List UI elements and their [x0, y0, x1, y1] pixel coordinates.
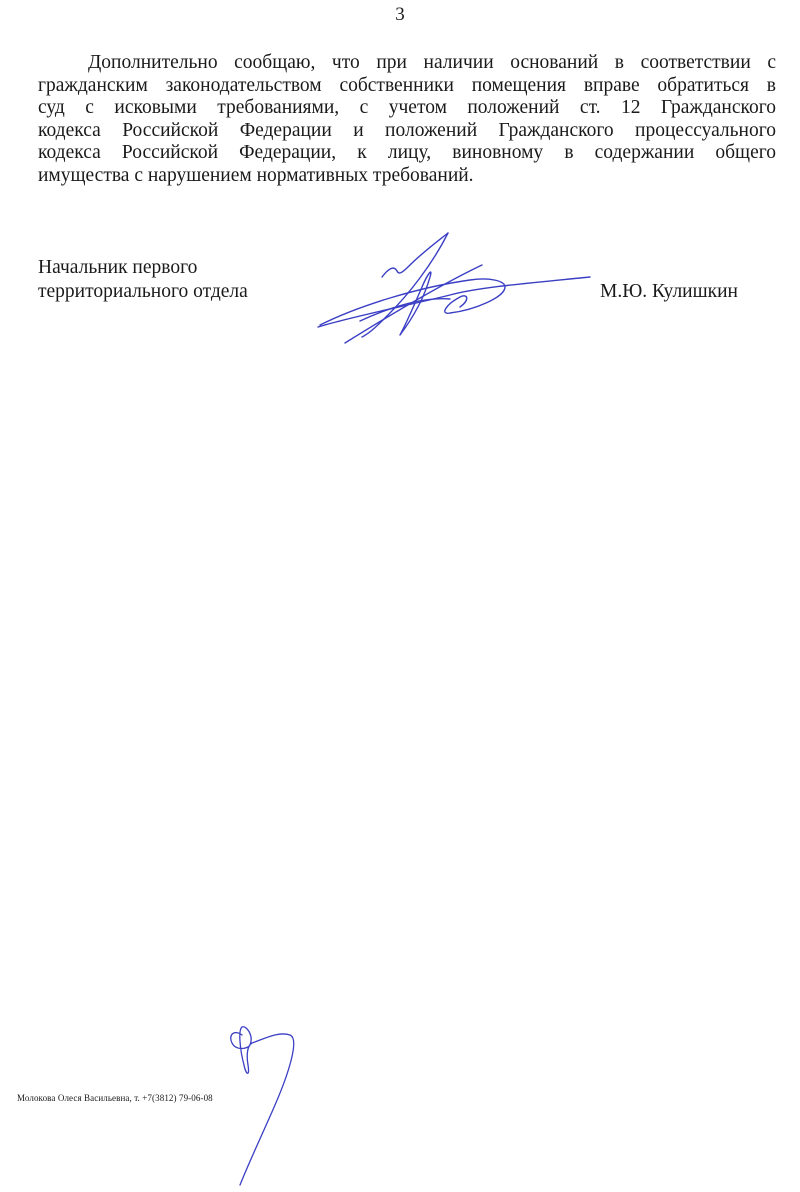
- signature-icon: [300, 225, 600, 355]
- page-number: 3: [0, 4, 800, 26]
- signer-position-line1: Начальник первого: [38, 256, 248, 280]
- signer-name: М.Ю. Кулишкин: [600, 281, 738, 303]
- body-paragraph: Дополнительно сообщаю, что при наличии о…: [38, 52, 776, 187]
- paragraph-line: имущества с нарушением нормативных требо…: [38, 165, 776, 188]
- signer-position: Начальник первого территориального отдел…: [38, 256, 248, 304]
- paragraph-line: кодекса Российской Федерации и положений…: [38, 120, 776, 143]
- executor-contact: Молокова Олеся Васильевна, т. +7(3812) 7…: [17, 1093, 213, 1103]
- paragraph-line: суд с исковыми требованиями, с учетом по…: [38, 97, 776, 120]
- paragraph-line: Дополнительно сообщаю, что при наличии о…: [38, 52, 776, 75]
- signer-position-line2: территориального отдела: [38, 280, 248, 304]
- paragraph-line: кодекса Российской Федерации, к лицу, ви…: [38, 142, 776, 165]
- initials-signature-icon: [220, 1015, 310, 1190]
- paragraph-line: гражданским законодательством собственни…: [38, 75, 776, 98]
